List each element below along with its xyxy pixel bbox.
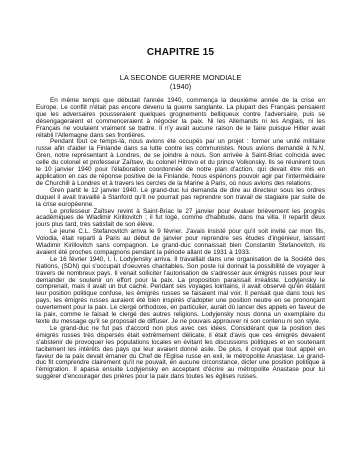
chapter-title: CHAPITRE 15 (36, 47, 325, 58)
paragraph: Le jeune C.L. Stefanovitch arriva le 9 f… (36, 229, 325, 257)
paragraph: Le 16 février 1940, I. I. Lodyjensky arr… (36, 257, 325, 326)
subtitle-line-2: (1940) (36, 82, 325, 91)
chapter-subtitle: LA SECONDE GUERRE MONDIALE (1940) (36, 73, 325, 91)
body-text: En même temps que débutait l'année 1940,… (36, 98, 325, 381)
paragraph: Le grand-duc ne fut pas d'accord non plu… (36, 326, 325, 381)
paragraph: Pendant tout ce temps-là, nous avions ét… (36, 139, 325, 187)
document-page: CHAPITRE 15 LA SECONDE GUERRE MONDIALE (… (0, 0, 360, 466)
subtitle-line-1: LA SECONDE GUERRE MONDIALE (36, 73, 325, 82)
paragraph: Gren partit le 12 janvier 1940. Le grand… (36, 188, 325, 209)
paragraph: En même temps que débutait l'année 1940,… (36, 98, 325, 139)
paragraph: Le professeur Zaïtsev revint à Saint-Bri… (36, 209, 325, 230)
